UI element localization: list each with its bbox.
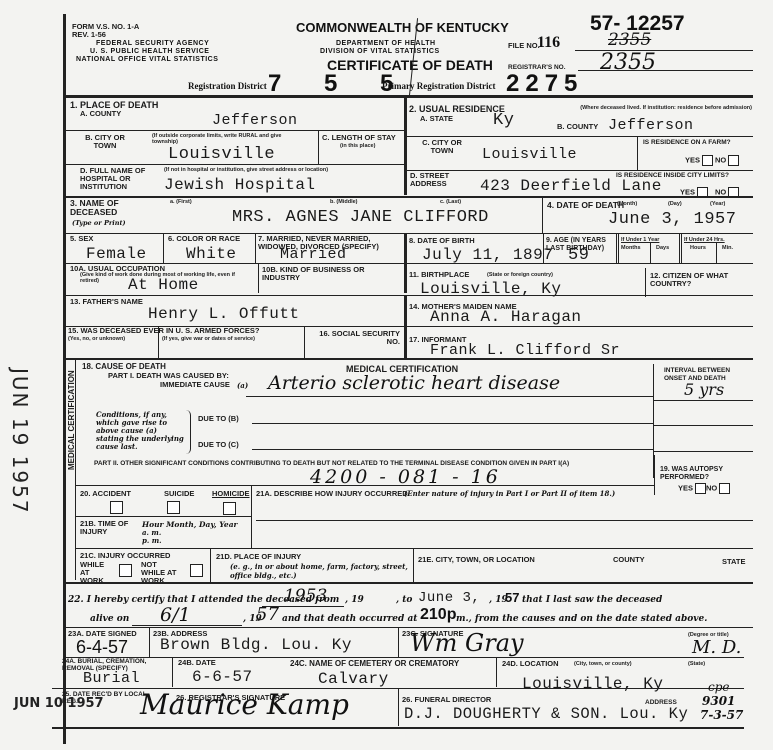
registration-district-label: Registration District bbox=[188, 81, 267, 91]
injury-occurred-label: 21c. INJURY OCCURRED bbox=[80, 552, 170, 560]
birthplace-note: (State or foreign country) bbox=[487, 272, 553, 278]
divider bbox=[616, 233, 619, 263]
divider bbox=[637, 136, 638, 170]
burial-location-note: (City, town, or county) bbox=[574, 661, 632, 667]
divider bbox=[404, 263, 407, 293]
res-state: Ky bbox=[493, 111, 514, 130]
citizen-label: 12. CITIZEN OF WHAT COUNTRY? bbox=[650, 272, 740, 288]
a-marker: (a) bbox=[237, 381, 248, 390]
margin-note-number: 9301 bbox=[702, 694, 735, 708]
pm-label: p. m. bbox=[142, 536, 162, 545]
death-city: Louisville bbox=[168, 145, 275, 164]
due-to-c-label: DUE TO (c) bbox=[198, 441, 239, 449]
not-while-at-work-checkbox[interactable] bbox=[190, 564, 203, 577]
injury-county-label: COUNTY bbox=[613, 556, 645, 564]
under-1-year-label: If Under 1 Year bbox=[621, 237, 659, 243]
race: White bbox=[186, 245, 237, 263]
divider bbox=[304, 326, 305, 358]
city-note: (If outside corporate limits, write RURA… bbox=[152, 133, 302, 145]
sex: Female bbox=[86, 245, 147, 263]
divider bbox=[64, 263, 753, 264]
day-label: (Day) bbox=[668, 201, 682, 207]
injury-state-label: STATE bbox=[722, 558, 745, 566]
last-name-label: c. (Last) bbox=[440, 199, 461, 205]
burial-location: Louisville, Ky bbox=[522, 675, 663, 693]
hospital-note: (If not in hospital or institution, give… bbox=[164, 167, 404, 173]
immediate-cause: Arterio sclerotic heart disease bbox=[268, 372, 560, 394]
bottom-rule bbox=[52, 727, 744, 729]
divider bbox=[496, 657, 497, 687]
suicide-label: SUICIDE bbox=[164, 490, 194, 498]
sex-label: 5. SEX bbox=[70, 235, 93, 243]
attended-to-year: 57 bbox=[505, 590, 519, 605]
burial-date: 6-6-57 bbox=[192, 668, 253, 686]
date-of-birth: July 11, 1897 bbox=[422, 246, 553, 264]
funeral-director-label: 26. FUNERAL DIRECTOR bbox=[402, 696, 491, 704]
conditions-note: Conditions, if any, which gave rise to a… bbox=[96, 411, 184, 451]
hospital-label: d. FULL NAME OF HOSPITAL OR INSTITUTION bbox=[80, 167, 160, 191]
to-label: , to bbox=[396, 595, 412, 605]
street-label: d. STREET ADDRESS bbox=[410, 172, 460, 188]
alive-on-year: 57 bbox=[256, 604, 279, 625]
divider bbox=[76, 548, 753, 549]
res-county-label: b. COUNTY bbox=[557, 123, 598, 131]
residence-label: 2. USUAL RESIDENCE bbox=[409, 105, 505, 114]
divider bbox=[64, 358, 753, 360]
father-label: 13. FATHER'S NAME bbox=[70, 298, 143, 306]
marital-status: Married bbox=[280, 246, 347, 263]
form-revision: REV. 1-56 bbox=[72, 31, 106, 39]
ssn-label: 16. SOCIAL SECURITY NO. bbox=[308, 330, 400, 346]
dod-label: 4. DATE OF DEATH bbox=[547, 201, 624, 209]
county-label: a. COUNTY bbox=[80, 110, 121, 118]
divider bbox=[255, 233, 256, 263]
cause-line-b bbox=[252, 423, 653, 424]
divider bbox=[716, 243, 717, 263]
months-label: Months bbox=[621, 245, 641, 251]
res-state-label: a. STATE bbox=[420, 115, 453, 123]
registrar-no-line bbox=[578, 70, 753, 71]
month-label: (Month) bbox=[617, 201, 637, 207]
divider bbox=[654, 425, 753, 426]
suicide-checkbox[interactable] bbox=[167, 501, 180, 514]
disposition: Burial bbox=[83, 670, 140, 687]
divider bbox=[64, 295, 753, 296]
divider bbox=[650, 243, 651, 263]
divider bbox=[398, 688, 399, 726]
hours-label: Hours bbox=[690, 245, 706, 251]
accident-label: 20. ACCIDENT bbox=[80, 490, 131, 498]
agency-2: U. S. PUBLIC HEALTH SERVICE bbox=[90, 48, 209, 55]
primary-district-label: Primary Registration District bbox=[382, 81, 495, 91]
due-to-b-label: DUE TO (b) bbox=[198, 415, 239, 423]
name-label-note: (Type or Print) bbox=[72, 219, 126, 227]
divider bbox=[149, 627, 150, 657]
divider bbox=[256, 520, 753, 521]
divider bbox=[64, 164, 404, 165]
hospital-name: Jewish Hospital bbox=[164, 176, 316, 194]
year-label: (Year) bbox=[710, 201, 725, 207]
divider bbox=[413, 548, 414, 582]
stay-label: c. LENGTH OF STAY bbox=[322, 134, 396, 142]
first-name-label: a. (First) bbox=[170, 199, 192, 205]
divider bbox=[172, 657, 173, 687]
place-of-injury-label: 21d. PLACE OF INJURY bbox=[216, 553, 301, 561]
injury-how-note: (Enter nature of injury in Part I or Par… bbox=[404, 489, 615, 498]
cemetery-label: 24c. NAME OF CEMETERY OR CREMATORY bbox=[290, 660, 459, 668]
agency-3: NATIONAL OFFICE VITAL STATISTICS bbox=[76, 56, 218, 63]
division: DIVISION OF VITAL STATISTICS bbox=[320, 48, 440, 55]
registrar-signature: Maurice Kamp bbox=[140, 688, 349, 721]
place-of-injury-note: (e. g., in or about home, farm, factory,… bbox=[230, 562, 410, 580]
brace bbox=[186, 410, 191, 454]
autopsy-no-label: NO bbox=[706, 483, 730, 494]
autopsy-yes-checkbox[interactable] bbox=[695, 483, 706, 494]
homicide-checkbox[interactable] bbox=[223, 502, 236, 515]
days-label: Days bbox=[656, 245, 669, 251]
divider bbox=[404, 295, 407, 326]
farm-yes-label: YES bbox=[685, 155, 713, 166]
interval: 5 yrs bbox=[684, 380, 724, 399]
dob-label: 8. DATE OF BIRTH bbox=[409, 237, 475, 245]
divider bbox=[406, 136, 753, 137]
margin-note-initials: cpe bbox=[708, 680, 730, 694]
divider bbox=[64, 582, 753, 584]
armed-forces-note-2: (If yes, give war or dates of service) bbox=[162, 336, 255, 342]
name-label: 3. NAME OF DECEASED bbox=[70, 199, 140, 217]
certify-statement-2: that I last saw the deceased bbox=[522, 595, 662, 605]
divider bbox=[543, 233, 544, 263]
registrar-no: 2355 bbox=[600, 50, 656, 75]
res-county: Jefferson bbox=[608, 117, 694, 134]
nineteen-1: , 19 bbox=[345, 595, 364, 605]
divider bbox=[654, 455, 655, 495]
divider bbox=[64, 627, 753, 628]
department: DEPARTMENT OF HEALTH bbox=[336, 40, 436, 47]
divider bbox=[163, 233, 164, 263]
res-city: Louisville bbox=[482, 146, 577, 163]
farm-question: IS RESIDENCE ON A FARM? bbox=[643, 139, 731, 147]
margin-note-date: 7-3-57 bbox=[700, 708, 743, 722]
autopsy-no-checkbox[interactable] bbox=[719, 483, 730, 494]
divider bbox=[398, 627, 399, 657]
cemetery: Calvary bbox=[318, 670, 389, 688]
file-no-struck: 2355 bbox=[608, 30, 651, 50]
divider bbox=[76, 516, 251, 517]
race-label: 6. COLOR OR RACE bbox=[168, 235, 240, 243]
homicide-label: HOMICIDE bbox=[212, 490, 250, 498]
date-of-death: June 3, 1957 bbox=[608, 210, 736, 229]
attended-to: June 3, bbox=[418, 590, 480, 606]
divider bbox=[654, 400, 753, 401]
divider bbox=[654, 451, 753, 452]
certify-statement-3: m., from the causes and on the date stat… bbox=[456, 614, 707, 624]
death-occurred-label: and that death occurred at bbox=[282, 614, 417, 624]
primary-district: 2275 bbox=[506, 70, 583, 98]
date-signed: 6-4-57 bbox=[76, 637, 128, 658]
time-of-injury-label: 21b. TIME OF INJURY bbox=[80, 520, 130, 536]
business-label: 10b. KIND OF BUSINESS OR INDUSTRY bbox=[262, 266, 400, 282]
file-no-label: FILE NO. bbox=[508, 42, 540, 50]
agency-1: FEDERAL SECURITY AGENCY bbox=[96, 40, 209, 47]
divider bbox=[404, 326, 407, 358]
divider bbox=[76, 485, 654, 486]
alive-on-label: alive on bbox=[90, 614, 129, 624]
burial-date-label: 24b. DATE bbox=[178, 659, 216, 667]
under-24-hours-label: If Under 24 Hrs. bbox=[684, 237, 725, 243]
divider bbox=[404, 233, 407, 263]
physician-degree: M. D. bbox=[692, 637, 741, 658]
alive-on-date: 6/1 bbox=[160, 604, 191, 626]
res-city-label: c. CITY OR TOWN bbox=[422, 139, 462, 155]
immediate-label: IMMEDIATE CAUSE bbox=[160, 381, 230, 389]
file-no-prefix: 116 bbox=[537, 34, 560, 52]
while-at-work-checkbox[interactable] bbox=[119, 564, 132, 577]
farm-no-label: NO bbox=[715, 155, 739, 166]
injury-city-label: 21e. CITY, TOWN, OR LOCATION bbox=[418, 556, 535, 564]
autopsy-label: 19. WAS AUTOPSY PERFORMED? bbox=[660, 466, 750, 482]
cause-line-a bbox=[246, 396, 653, 397]
left-border bbox=[63, 14, 66, 744]
minutes-label: Min. bbox=[722, 245, 733, 251]
divider bbox=[645, 268, 646, 297]
deceased-name: MRS. AGNES JANE CLIFFORD bbox=[232, 208, 489, 227]
divider bbox=[210, 548, 211, 582]
cause-label: 18. CAUSE OF DEATH bbox=[82, 363, 166, 371]
center-divider bbox=[404, 97, 407, 195]
burial-state-note: (State) bbox=[688, 661, 705, 667]
burial-location-label: 24d. LOCATION bbox=[502, 660, 559, 668]
city-label: b. CITY OR TOWN bbox=[80, 134, 130, 150]
death-county: Jefferson bbox=[212, 112, 298, 129]
birthplace-label: 11. BIRTHPLACE bbox=[409, 271, 469, 279]
received-stamp-bottom: JUN 10 1957 bbox=[14, 696, 104, 711]
occupation: At Home bbox=[128, 276, 199, 294]
middle-name-label: b. (Middle) bbox=[330, 199, 358, 205]
divider bbox=[251, 485, 252, 549]
accident-checkbox[interactable] bbox=[110, 501, 123, 514]
informant: Frank L. Clifford Sr bbox=[430, 342, 620, 359]
residence-note: (Where deceased lived. If institution: r… bbox=[557, 105, 752, 111]
street-address: 423 Deerfield Lane bbox=[480, 177, 662, 195]
physician-signature: Wm Gray bbox=[410, 629, 524, 657]
injury-how-label: 21a. DESCRIBE HOW INJURY OCCURRED bbox=[256, 490, 408, 498]
cause-line-c bbox=[252, 449, 653, 450]
divider bbox=[258, 263, 259, 293]
armed-forces-note-1: (Yes, no, or unknown) bbox=[68, 336, 125, 342]
farm-no-checkbox[interactable] bbox=[728, 155, 739, 166]
funeral-director: D.J. DOUGHERTY & SON. Lou. Ky bbox=[404, 705, 688, 723]
divider bbox=[158, 326, 159, 358]
father-name: Henry L. Offutt bbox=[148, 305, 300, 323]
divider bbox=[679, 233, 682, 263]
divider bbox=[406, 170, 753, 171]
page-title: COMMONWEALTH OF KENTUCKY bbox=[296, 20, 509, 35]
physician-address: Brown Bldg. Lou. Ky bbox=[160, 636, 352, 654]
farm-yes-checkbox[interactable] bbox=[702, 155, 713, 166]
autopsy-yes-label: YES bbox=[678, 483, 706, 494]
attended-from: 1953 bbox=[284, 586, 327, 606]
death-time: 210p bbox=[420, 606, 456, 624]
received-stamp-side: JUN 19 1957 bbox=[8, 368, 32, 515]
medical-side-label: MEDICAL CERTIFICATION bbox=[68, 370, 76, 470]
mother-maiden-name: Anna A. Haragan bbox=[430, 308, 582, 326]
divider bbox=[542, 196, 543, 233]
part-1-label: PART I. DEATH WAS CAUSED BY: bbox=[108, 372, 229, 380]
divider bbox=[64, 196, 753, 198]
divider bbox=[64, 130, 404, 131]
divider bbox=[318, 130, 319, 164]
stay-note: (in this place) bbox=[340, 143, 375, 149]
